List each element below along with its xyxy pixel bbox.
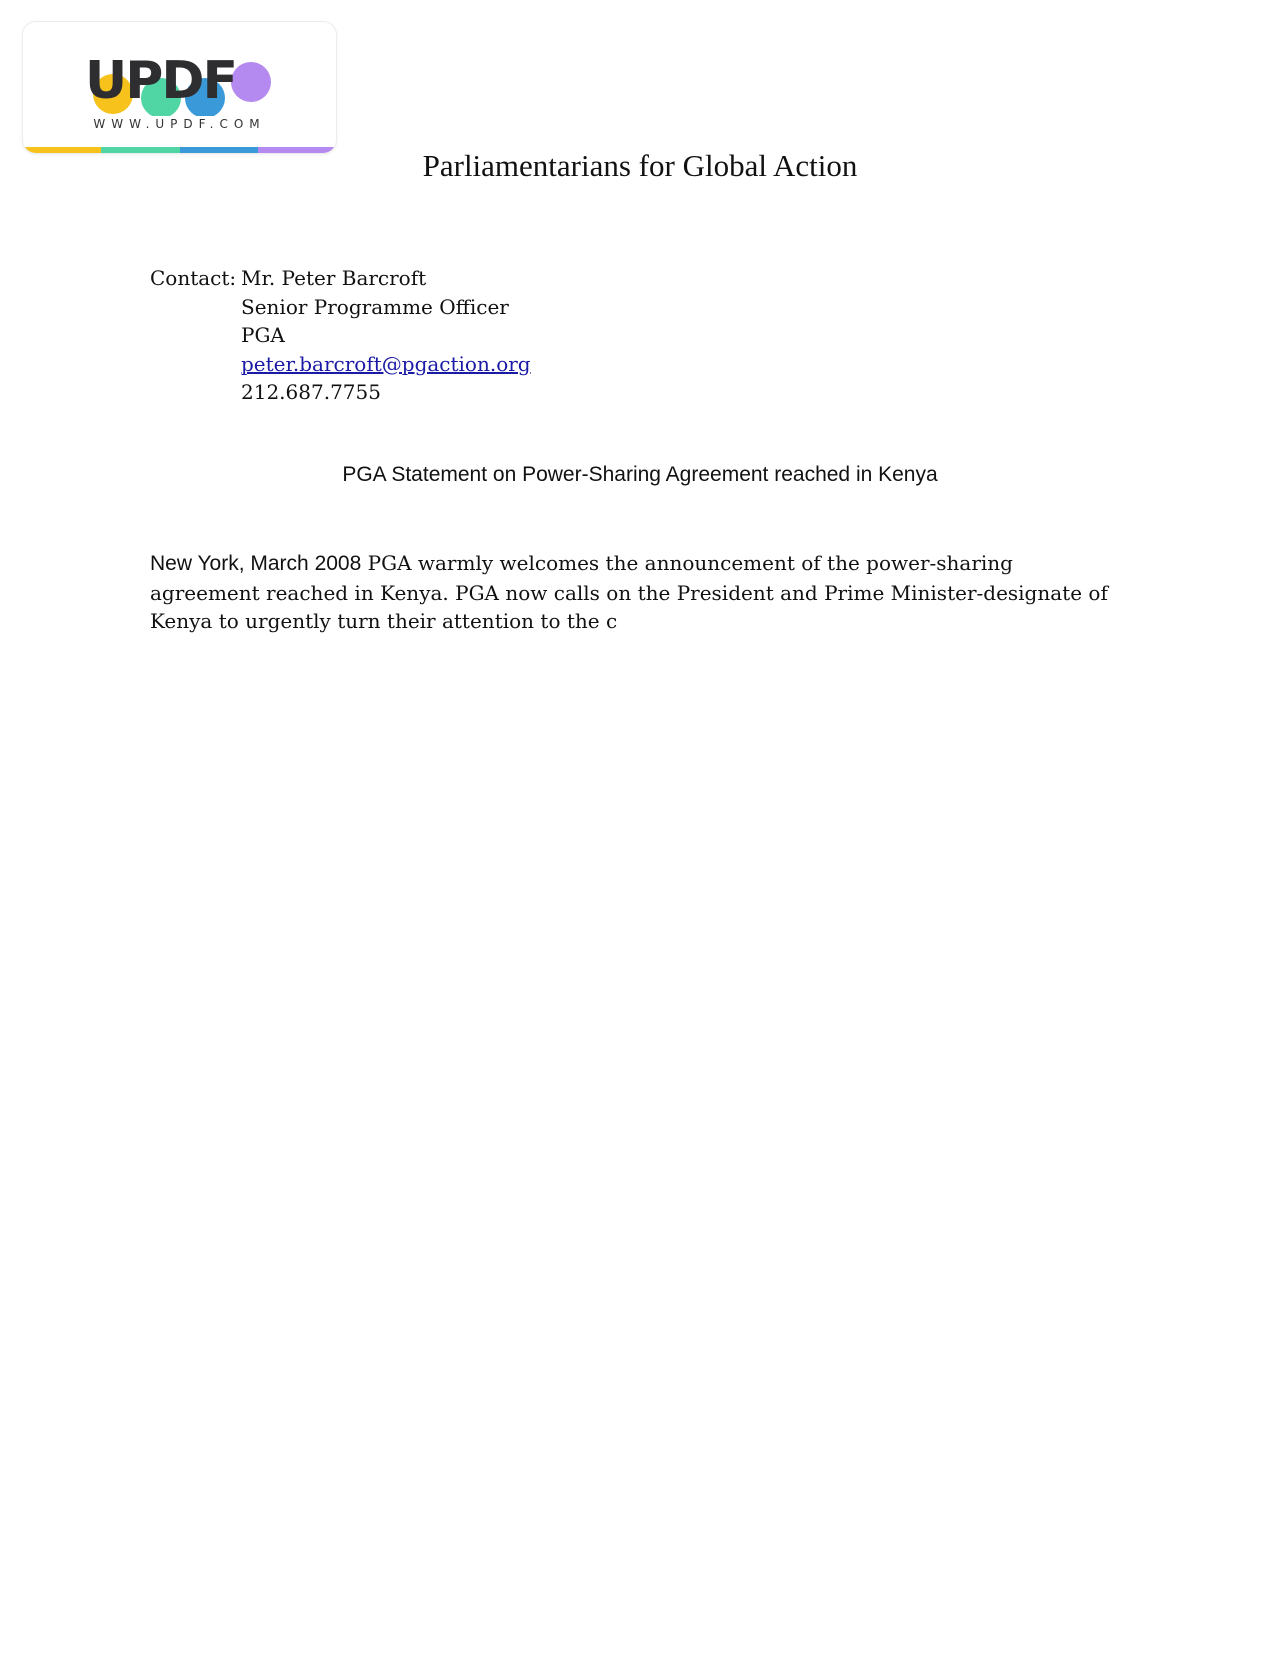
document-title: Parliamentarians for Global Action	[0, 148, 1280, 184]
contact-position: Senior Programme Officer	[241, 293, 531, 322]
body-paragraph: New York, March 2008 PGA warmly welcomes…	[150, 549, 1110, 636]
updf-watermark-logo: UPDF WWW.UPDF.COM	[22, 21, 337, 154]
svg-text:UPDF: UPDF	[85, 51, 236, 111]
updf-logo-icon: UPDF	[83, 46, 283, 116]
contact-phone: 212.687.7755	[241, 378, 531, 407]
contact-name: Mr. Peter Barcroft	[241, 264, 426, 293]
contact-email-link[interactable]: peter.barcroft@pgaction.org	[241, 352, 531, 376]
statement-title: PGA Statement on Power-Sharing Agreement…	[0, 463, 1280, 487]
contact-label: Contact:	[150, 264, 241, 293]
dateline: New York, March 2008	[150, 552, 361, 575]
updf-url: WWW.UPDF.COM	[23, 117, 336, 131]
contact-block: Contact: Mr. Peter Barcroft Senior Progr…	[150, 264, 531, 407]
contact-organization: PGA	[241, 321, 531, 350]
